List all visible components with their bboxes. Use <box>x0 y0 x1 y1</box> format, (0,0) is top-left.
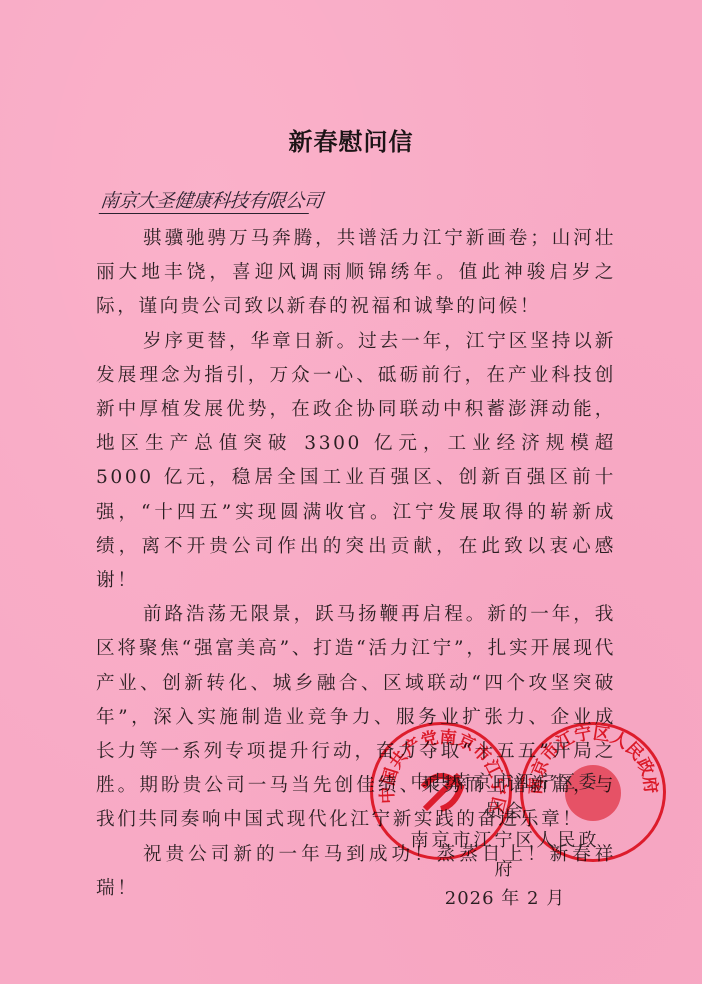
handwritten-addressee: 南京大圣健康科技有限公司 <box>99 190 312 214</box>
paragraph-review: 岁序更替，华章日新。过去一年，江宁区坚持以新发展理念为指引，万众一心、砥砺前行，… <box>96 325 616 599</box>
issuer-government: 南京市江宁区人民政府 <box>405 826 605 884</box>
letter-title: 新春慰问信 <box>0 122 702 157</box>
issuer-party-committee: 中共南京市江宁区委员会 <box>405 768 605 826</box>
paragraph-greeting: 骐骥驰骋万马奔腾，共谱活力江宁新画卷；山河壮丽大地丰饶，喜迎风调雨顺锦绣年。值此… <box>96 222 616 325</box>
signature-block: 中共南京市江宁区委员会 南京市江宁区人民政府 2026 年 2 月 <box>405 768 605 913</box>
issue-date: 2026 年 2 月 <box>405 884 605 913</box>
